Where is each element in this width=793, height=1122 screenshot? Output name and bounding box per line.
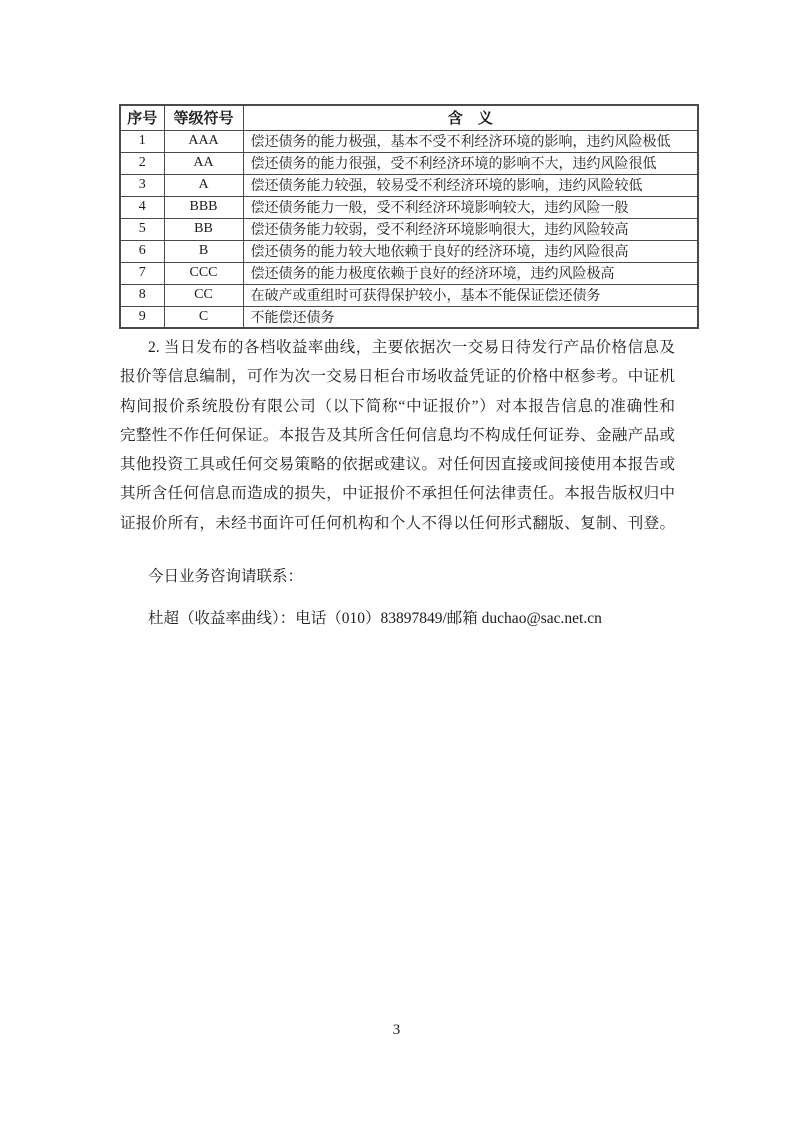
page-number: 3 [0,1022,793,1039]
table-row: 1 AAA 偿还债务的能力极强，基本不受不利经济环境的影响，违约风险极低 [120,130,698,152]
cell-meaning: 偿还债务能力较强，较易受不利经济环境的影响，违约风险较低 [243,174,698,196]
table-row: 8 CC 在破产或重组时可获得保护较小，基本不能保证偿还债务 [120,284,698,306]
cell-seq: 1 [120,130,164,152]
cell-meaning: 偿还债务的能力较大地依赖于良好的经济环境，违约风险很高 [243,240,698,262]
table-row: 2 AA 偿还债务的能力很强，受不利经济环境的影响不大，违约风险很低 [120,152,698,174]
paragraph-line: 构间报价系统股份有限公司（以下简称“中证报价”）对本报告信息的准确性和 [120,392,675,421]
cell-symbol: CCC [164,262,243,284]
cell-symbol: BBB [164,196,243,218]
document-page: 序号 等级符号 含 义 1 AAA 偿还债务的能力极强，基本不受不利经济环境的影… [0,0,793,1122]
header-cell-symbol: 等级符号 [164,105,243,130]
cell-meaning: 不能偿还债务 [243,306,698,328]
paragraph-line: 其他投资工具或任何交易策略的依据或建议。对任何因直接或间接使用本报告或 [120,450,675,479]
cell-meaning: 偿还债务的能力很强，受不利经济环境的影响不大，违约风险很低 [243,152,698,174]
table-row: 3 A 偿还债务能力较强，较易受不利经济环境的影响，违约风险较低 [120,174,698,196]
table-row: 7 CCC 偿还债务的能力极度依赖于良好的经济环境，违约风险极高 [120,262,698,284]
table-row: 5 BB 偿还债务能力较弱，受不利经济环境影响很大，违约风险较高 [120,218,698,240]
paragraph-line: 完整性不作任何保证。本报告及其所含任何信息均不构成任何证券、金融产品或 [120,421,675,450]
cell-meaning: 偿还债务能力一般，受不利经济环境影响较大，违约风险一般 [243,196,698,218]
cell-seq: 9 [120,306,164,328]
cell-symbol: C [164,306,243,328]
cell-symbol: AAA [164,130,243,152]
paragraph-line: 其所含任何信息而造成的损失，中证报价不承担任何法律责任。本报告版权归中 [120,479,675,508]
cell-meaning: 在破产或重组时可获得保护较小，基本不能保证偿还债务 [243,284,698,306]
cell-seq: 6 [120,240,164,262]
cell-symbol: B [164,240,243,262]
header-cell-seq: 序号 [120,105,164,130]
cell-symbol: A [164,174,243,196]
credit-rating-table: 序号 等级符号 含 义 1 AAA 偿还债务的能力极强，基本不受不利经济环境的影… [119,104,699,329]
disclaimer-paragraph: 2. 当日发布的各档收益率曲线，主要依据次一交易日待发行产品价格信息及 报价等信… [120,333,675,538]
cell-symbol: CC [164,284,243,306]
contact-detail-line: 杜超（收益率曲线）：电话（010）83897849/邮箱 duchao@sac.… [148,608,602,630]
header-cell-meaning: 含 义 [243,105,698,130]
cell-seq: 5 [120,218,164,240]
paragraph-line: 证报价所有，未经书面许可任何机构和个人不得以任何形式翻版、复制、刊登。 [120,509,675,538]
cell-seq: 4 [120,196,164,218]
cell-symbol: BB [164,218,243,240]
cell-seq: 7 [120,262,164,284]
cell-meaning: 偿还债务的能力极度依赖于良好的经济环境，违约风险极高 [243,262,698,284]
paragraph-line: 报价等信息编制，可作为次一交易日柜台市场收益凭证的价格中枢参考。中证机 [120,362,675,391]
cell-seq: 2 [120,152,164,174]
cell-meaning: 偿还债务能力较弱，受不利经济环境影响很大，违约风险较高 [243,218,698,240]
table-row: 6 B 偿还债务的能力较大地依赖于良好的经济环境，违约风险很高 [120,240,698,262]
cell-meaning: 偿还债务的能力极强，基本不受不利经济环境的影响，违约风险极低 [243,130,698,152]
table-row: 9 C 不能偿还债务 [120,306,698,328]
table-header-row: 序号 等级符号 含 义 [120,105,698,130]
cell-symbol: AA [164,152,243,174]
cell-seq: 8 [120,284,164,306]
cell-seq: 3 [120,174,164,196]
paragraph-line: 2. 当日发布的各档收益率曲线，主要依据次一交易日待发行产品价格信息及 [120,333,675,362]
contact-intro-line: 今日业务咨询请联系： [148,566,303,588]
table-row: 4 BBB 偿还债务能力一般，受不利经济环境影响较大，违约风险一般 [120,196,698,218]
